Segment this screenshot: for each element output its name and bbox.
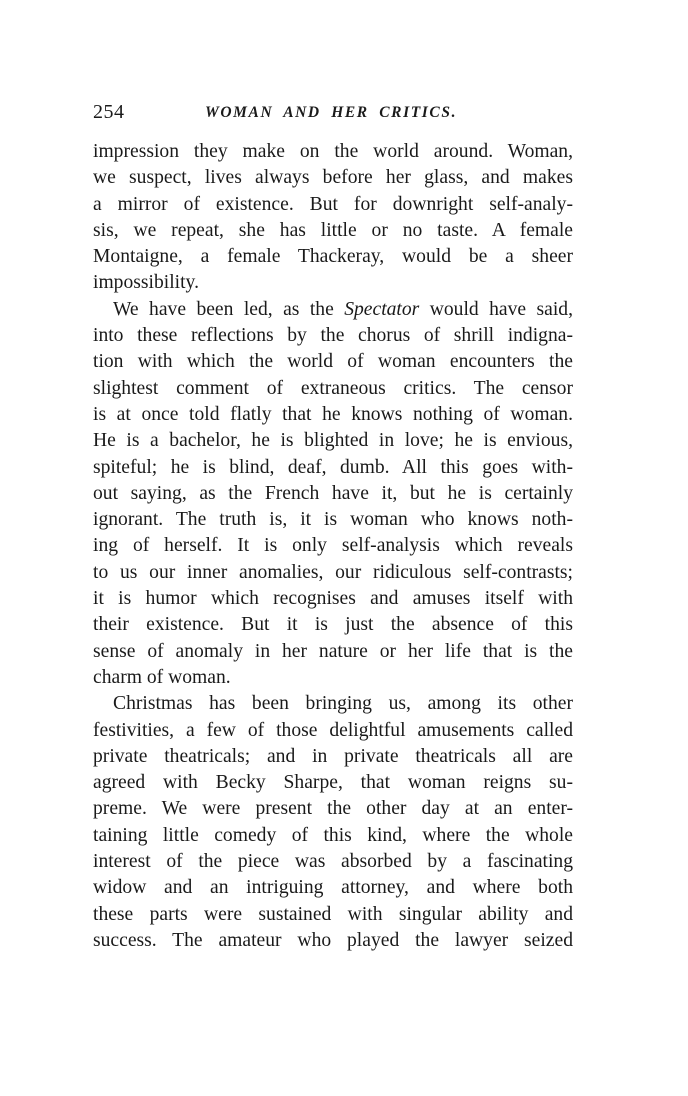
text-line: ignorant. The truth is, it is woman who … [93,507,573,533]
text-line: preme. We were present the other day at … [93,796,573,822]
text-line: interest of the piece was absorbed by a … [93,849,573,875]
text-line: we suspect, lives always before her glas… [93,165,573,191]
italic-title-spectator: Spectator [344,299,419,320]
text-line: their existence. But it is just the abse… [93,612,573,638]
text-line: into these reflections by the chorus of … [93,323,573,349]
text-segment: would have said, [430,299,573,320]
text-line: is at once told flatly that he knows not… [93,402,573,428]
text-line: sis, we repeat, she has little or no tas… [93,218,573,244]
text-line: festivities, a few of those delightful a… [93,718,573,744]
text-line: tion with which the world of woman encou… [93,349,573,375]
text-line: spiteful; he is blind, deaf, dumb. All t… [93,455,573,481]
page-number: 254 [93,99,125,125]
text-line: these parts were sustained with singular… [93,902,573,928]
paragraph-end-line: charm of woman. [93,665,573,691]
text-segment: We have been led, as the [113,299,334,320]
book-page: 254 WOMAN AND HER CRITICS. impression th… [0,0,688,1096]
text-line: to us our inner anomalies, our ridiculou… [93,560,573,586]
text-line: a mirror of existence. But for downright… [93,192,573,218]
text-line: sense of anomaly in her nature or her li… [93,639,573,665]
text-line: out saying, as the French have it, but h… [93,481,573,507]
text-line: Montaigne, a female Thackeray, would be … [93,244,573,270]
text-line: impression they make on the world around… [93,139,573,165]
text-line: widow and an intriguing attorney, and wh… [93,875,573,901]
body-text: impression they make on the world around… [93,139,573,954]
paragraph-start-line: We have been led, as the Spectator would… [93,297,573,323]
text-line: taining little comedy of this kind, wher… [93,823,573,849]
text-line: slightest comment of extraneous critics.… [93,376,573,402]
paragraph-end-line: impossibility. [93,270,573,296]
text-line: agreed with Becky Sharpe, that woman rei… [93,770,573,796]
text-line: private theatricals; and in private thea… [93,744,573,770]
text-line: He is a bachelor, he is blighted in love… [93,428,573,454]
running-head: 254 WOMAN AND HER CRITICS. [93,99,573,125]
running-title: WOMAN AND HER CRITICS. [205,100,457,126]
text-line: success. The amateur who played the lawy… [93,928,573,954]
paragraph-start-line: Christmas has been bringing us, among it… [93,691,573,717]
text-line: it is humor which recognises and amuses … [93,586,573,612]
text-line: ing of herself. It is only self-analysis… [93,533,573,559]
